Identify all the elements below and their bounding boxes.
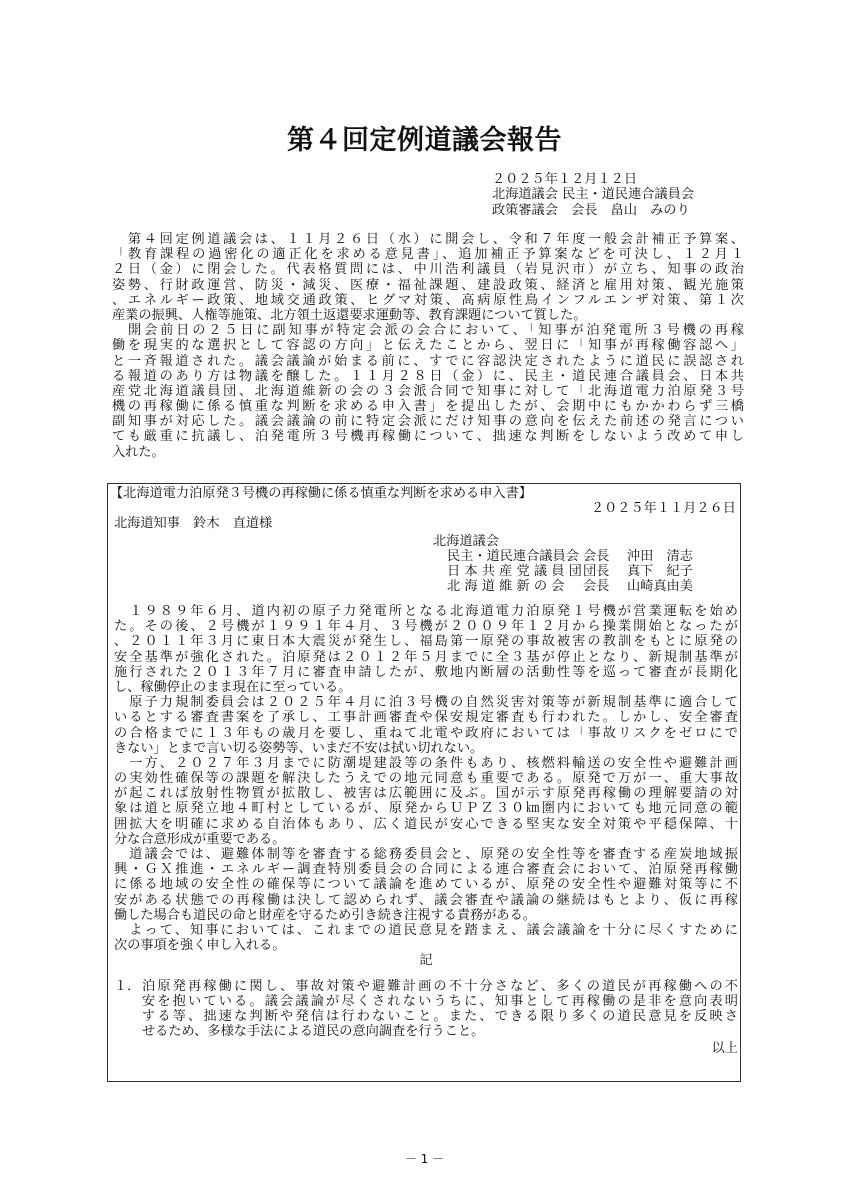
petition-addressee: 北海道知事 鈴木 直道様 [114, 516, 736, 534]
intro-line: る報道のあり方は物議を醸した。１１月２８日（金）に、民主・道民連合議員会、日本共 [112, 369, 744, 384]
intro-line: 副知事が対応した。議会議論の前に特定会派にだけ知事の意向を伝えた前述の発言につい [112, 414, 744, 429]
petition-line: きない」とまで言い切る姿勢等、いまだ不安は拭い切れない。 [114, 741, 738, 756]
petition-line: 安全基準が強化された。泊原発は２０１２年５月までに全３基が停止となり、新規制基準… [114, 650, 738, 665]
signatory-name: 真下 紀子 [627, 564, 693, 579]
intro-line: ２日（金）に閉会した。代表格質問には、中川浩利議員（岩見沢市）が立ち、知事の政治 [112, 262, 744, 277]
petition-line: の合格までに１３年もの歳月を要し、重ねて北電や政府においては「事故リスクをゼロに… [114, 726, 738, 741]
petition-line: 働した場合も道民の命と財産を守るため引き続き注視する責務がある。 [114, 908, 738, 923]
signatory-role: 会長 [583, 579, 627, 594]
page-title: 第４回定例道議会報告 [0, 118, 849, 157]
petition-line: 囲拡大を明確に求める自治体もあり、広く道民が安心できる堅実な安全対策や平穏保障、… [114, 817, 738, 832]
petition-line: 興・ＧＸ推進・エネルギー調査特別委員会の合同による連合審査会において、泊原発再稼… [114, 862, 738, 877]
request-line: 泊原発再稼働に関し、事故対策や避難計画の不十分さなど、多くの道民が再稼働への不 [142, 979, 738, 994]
request-item-number: １． [114, 979, 140, 994]
intro-line: 機の再稼働に係る慎重な判断を求める申入書」を提出したが、会期中にもかかわらず三橋 [112, 399, 744, 414]
petition-line: 一方、２０２７年３月までに防潮堤建設等の条件もあり、核燃料輸送の安全性や避難計画 [114, 756, 738, 771]
petition-line: 、２０１１年３月に東日本大震災が発生し、福島第一原発の事故被害の教訓をもとに原発… [114, 634, 738, 649]
signatory-role: 会長 [583, 549, 627, 564]
report-organization: 北海道議会 民主・道民連合議員会 [492, 187, 694, 202]
report-meta: ２０２５年１２月１２日 北海道議会 民主・道民連合議員会 政策審議会 会長 畠山… [492, 172, 694, 218]
petition-heading: 【北海道電力泊原発３号機の再稼働に係る慎重な判断を求める申入書】 [110, 486, 736, 501]
signatory-group: 民主・道民連合議員会 [447, 549, 583, 564]
intro-line: と一斉報道された。議会議論が始まる前に、すでに容認決定されたように道民に誤認され [112, 354, 744, 369]
petition-line: し、稼働停止のまま現在に至っている。 [114, 680, 738, 695]
intro-section: 第４回定例道議会は、１１月２６日（水）に開会し、令和７年度一般会計補正予算案、 … [112, 232, 744, 460]
request-line: する等、拙速な判断や発信は行わないこと。また、できる限り多くの道民意見を反映さ [142, 1009, 738, 1024]
petition-line: た。その後、２号機が１９９１年４月、３号機が２００９年１２月から操業開始となった… [114, 619, 738, 634]
signatory-group: 北 海 道 維 新 の 会 [447, 579, 583, 594]
petition-line: 分な合意形成が重要である。 [114, 832, 738, 847]
petition-box: 【北海道電力泊原発３号機の再稼働に係る慎重な判断を求める申入書】 ２０２５年１１… [107, 483, 741, 1082]
intro-line: 開会前日の２５日に副知事が特定会派の会合において、「知事が泊発電所３号機の再稼 [112, 323, 744, 338]
closing-mark: 以上 [114, 1041, 738, 1056]
request-item: １． 泊原発再稼働に関し、事故対策や避難計画の不十分さなど、多くの道民が再稼働へ… [114, 979, 738, 1040]
document-page: 第４回定例道議会報告 ２０２５年１２月１２日 北海道議会 民主・道民連合議員会 … [0, 0, 849, 1200]
intro-line: 産業の振興、人権等施策、北方領土返還要求運動等、教育課題について質した。 [112, 308, 744, 323]
petition-line: 象は道と原発立地４町村としているが、原発からＵＰＺ３０㎞圏内においても地元同意の… [114, 801, 738, 816]
signatory-row: 民主・道民連合議員会会長沖田 清志 [447, 549, 693, 564]
signatory-row: 北 海 道 維 新 の 会会長山崎真由美 [447, 579, 693, 594]
petition-line: よって、知事においては、これまでの道民意見を踏まえ、議会議論を十分に尽くすために [114, 923, 738, 938]
petition-line: いるとする審査書案を了承し、工事計画審査や保安規定審査も行われた。しかし、安全審… [114, 710, 738, 725]
petition-line: に係る地域の安全性の確保等について議論を進めているが、原発の安全性や避難対策等に… [114, 877, 738, 892]
page-number: － 1 － [0, 1150, 849, 1167]
ki-label: 記 [114, 953, 738, 968]
petition-date: ２０２５年１１月２６日 [114, 501, 736, 516]
report-author: 政策審議会 会長 畠山 みのり [492, 203, 694, 218]
petition-body: １９８９年６月、道内初の原子力発電所となる北海道電力泊原発１号機が営業運転を始め… [114, 604, 738, 1056]
intro-line: 「教育課程の過密化の適正化を求める意見書」、追加補正予算案などを可決し、１２月１ [112, 247, 744, 262]
request-line: せるため、多様な手法による道民の意向調査を行うこと。 [142, 1024, 738, 1039]
petition-line: の実効性確保等の課題を解決したうえでの地元同意も重要である。原発で万が一、重大事… [114, 771, 738, 786]
petition-line: が起これば放射性物質が拡散し、被害は広範囲に及ぶ。国が示す原発再稼働の理解要請の… [114, 786, 738, 801]
petition-line: 原子力規制委員会は２０２５年４月に泊３号機の自然災害対策等が新規制基準に適合して [114, 695, 738, 710]
signatory-name: 沖田 清志 [627, 549, 693, 564]
signatory-name: 山崎真由美 [627, 579, 693, 594]
petition-line: 次の事項を強く申し入れる。 [114, 938, 738, 953]
intro-line: 入れた。 [112, 445, 744, 460]
petition-sender-org: 北海道議会 [433, 534, 499, 549]
petition-line: １９８９年６月、道内初の原子力発電所となる北海道電力泊原発１号機が営業運転を始め [114, 604, 738, 619]
signatory-role: 団長 [583, 564, 627, 579]
intro-line: 産党北海道議員団、北海道維新の会の３会派合同で知事に対して「北海道電力泊原発３号 [112, 384, 744, 399]
signatory-row: 日 本 共 産 党 議 員 団団長真下 紀子 [447, 564, 693, 579]
intro-line: 働を現実的な選択として容認の方向」と伝えたことから、翌日に「知事が再稼働容認へ」 [112, 338, 744, 353]
request-line: 安を抱いている。議会議論が尽くされないうちに、知事として再稼働の是非を意向表明 [142, 994, 738, 1009]
petition-line: 施行された２０１３年７月に審査申請したが、敷地内断層の活動性等を巡って審査が長期… [114, 665, 738, 680]
petition-content: 【北海道電力泊原発３号機の再稼働に係る慎重な判断を求める申入書】 ２０２５年１１… [114, 486, 736, 534]
intro-line: ても厳重に抗議し、泊発電所３号機再稼働について、拙速な判断をしないよう改めて申し [112, 429, 744, 444]
petition-line: 安がある状態での再稼働は決して認められず、議会審査や議論の継続はもとより、仮に再… [114, 893, 738, 908]
signatory-group: 日 本 共 産 党 議 員 団 [447, 564, 583, 579]
intro-line: 姿勢、行財政運営、防災・減災、医療・福祉課題、建設政策、経済と雇用対策、観光施策 [112, 278, 744, 293]
intro-line: 、エネルギー政策、地域交通政策、ヒグマ対策、高病原性鳥インフルエンザ対策、第１次 [112, 293, 744, 308]
intro-line: 第４回定例道議会は、１１月２６日（水）に開会し、令和７年度一般会計補正予算案、 [112, 232, 744, 247]
petition-line: 道議会では、避難体制等を審査する総務委員会と、原発の安全性等を審査する産炭地域振 [114, 847, 738, 862]
report-date: ２０２５年１２月１２日 [492, 172, 694, 187]
